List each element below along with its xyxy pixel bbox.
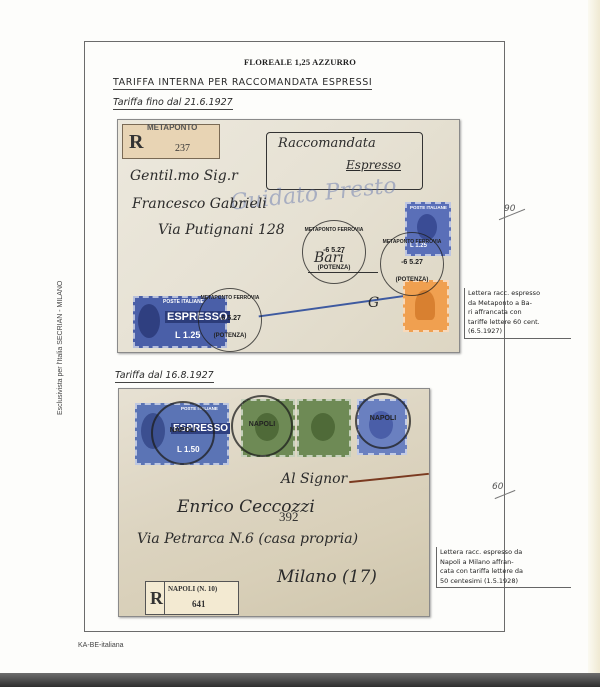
publisher-footer: KA-BE-italiana: [78, 642, 124, 649]
price-mark-2: 60: [492, 482, 503, 492]
publisher-side-text: Esclusivista per l'Italia SECRIAN - MILA…: [57, 281, 64, 415]
label-divider: [164, 582, 165, 614]
caption-2: Lettera racc. espresso da Napoli a Milan…: [436, 547, 571, 588]
addressee-line-1: Gentil.mo Sig.r: [130, 168, 238, 184]
page-heading: TARIFFA INTERNA PER RACCOMANDATA ESPRESS…: [113, 77, 372, 90]
cover-metaponto-bari: R METAPONTO 237 Raccomandata Espresso Gu…: [117, 119, 460, 353]
registration-office: METAPONTO: [147, 123, 197, 132]
addressee-line-4: Milano (17): [277, 567, 377, 587]
service-line-2: Espresso: [346, 158, 401, 172]
registration-number: 641: [192, 599, 206, 609]
portrait: [311, 413, 335, 441]
addressee-line-2: Francesco Gabrieli: [132, 196, 267, 212]
page-bottom-shadow: [0, 673, 600, 687]
number-stamp: 392: [279, 509, 299, 525]
section-1-subtitle: Tariffa fino dal 21.6.1927: [113, 97, 233, 110]
caption-1: Lettera racc. espresso da Metaponto a Ba…: [464, 288, 571, 339]
service-line-1: Raccomandata: [278, 136, 376, 151]
postmark: METAPONTO FERROVIA -6 5.27 (POTENZA): [198, 288, 262, 352]
page-title: FLOREALE 1,25 AZZURRO: [0, 57, 600, 67]
registration-number: 237: [175, 143, 190, 154]
blue-pencil-line: [259, 295, 408, 318]
registration-office: NAPOLI (N. 10): [168, 585, 217, 593]
postmark: NAPOLI: [355, 393, 411, 449]
red-pencil-line: [349, 473, 429, 483]
postmark: METAPONTO FERROVIA -6 5.27 (POTENZA): [302, 220, 366, 284]
portrait: [138, 304, 160, 338]
registration-label: R METAPONTO 237: [122, 124, 220, 159]
addressee-line-3: Via Putignani 128: [158, 222, 285, 238]
postmark: NAPOLI: [231, 395, 293, 457]
postmark: METAPONTO FERROVIA -6 5.27 (POTENZA): [380, 232, 444, 296]
registration-letter: R: [150, 588, 163, 609]
addressee-line-3: Via Petrarca N.6 (casa propria): [137, 531, 358, 547]
postmark: NAPOLI: [151, 401, 215, 465]
page-edge: [588, 0, 600, 687]
addressee-line-1: Al Signor: [281, 471, 347, 487]
handwritten-mark: G: [368, 295, 379, 311]
registration-label: R NAPOLI (N. 10) 641: [145, 581, 239, 615]
section-2-subtitle: Tariffa dal 16.8.1927: [115, 370, 214, 383]
registration-letter: R: [129, 131, 143, 154]
cover-napoli-milano: POSTE ITALIANE ESPRESSO L 1.50 NAPOLI NA…: [118, 388, 430, 617]
stamp-floreale-green: [297, 399, 351, 457]
